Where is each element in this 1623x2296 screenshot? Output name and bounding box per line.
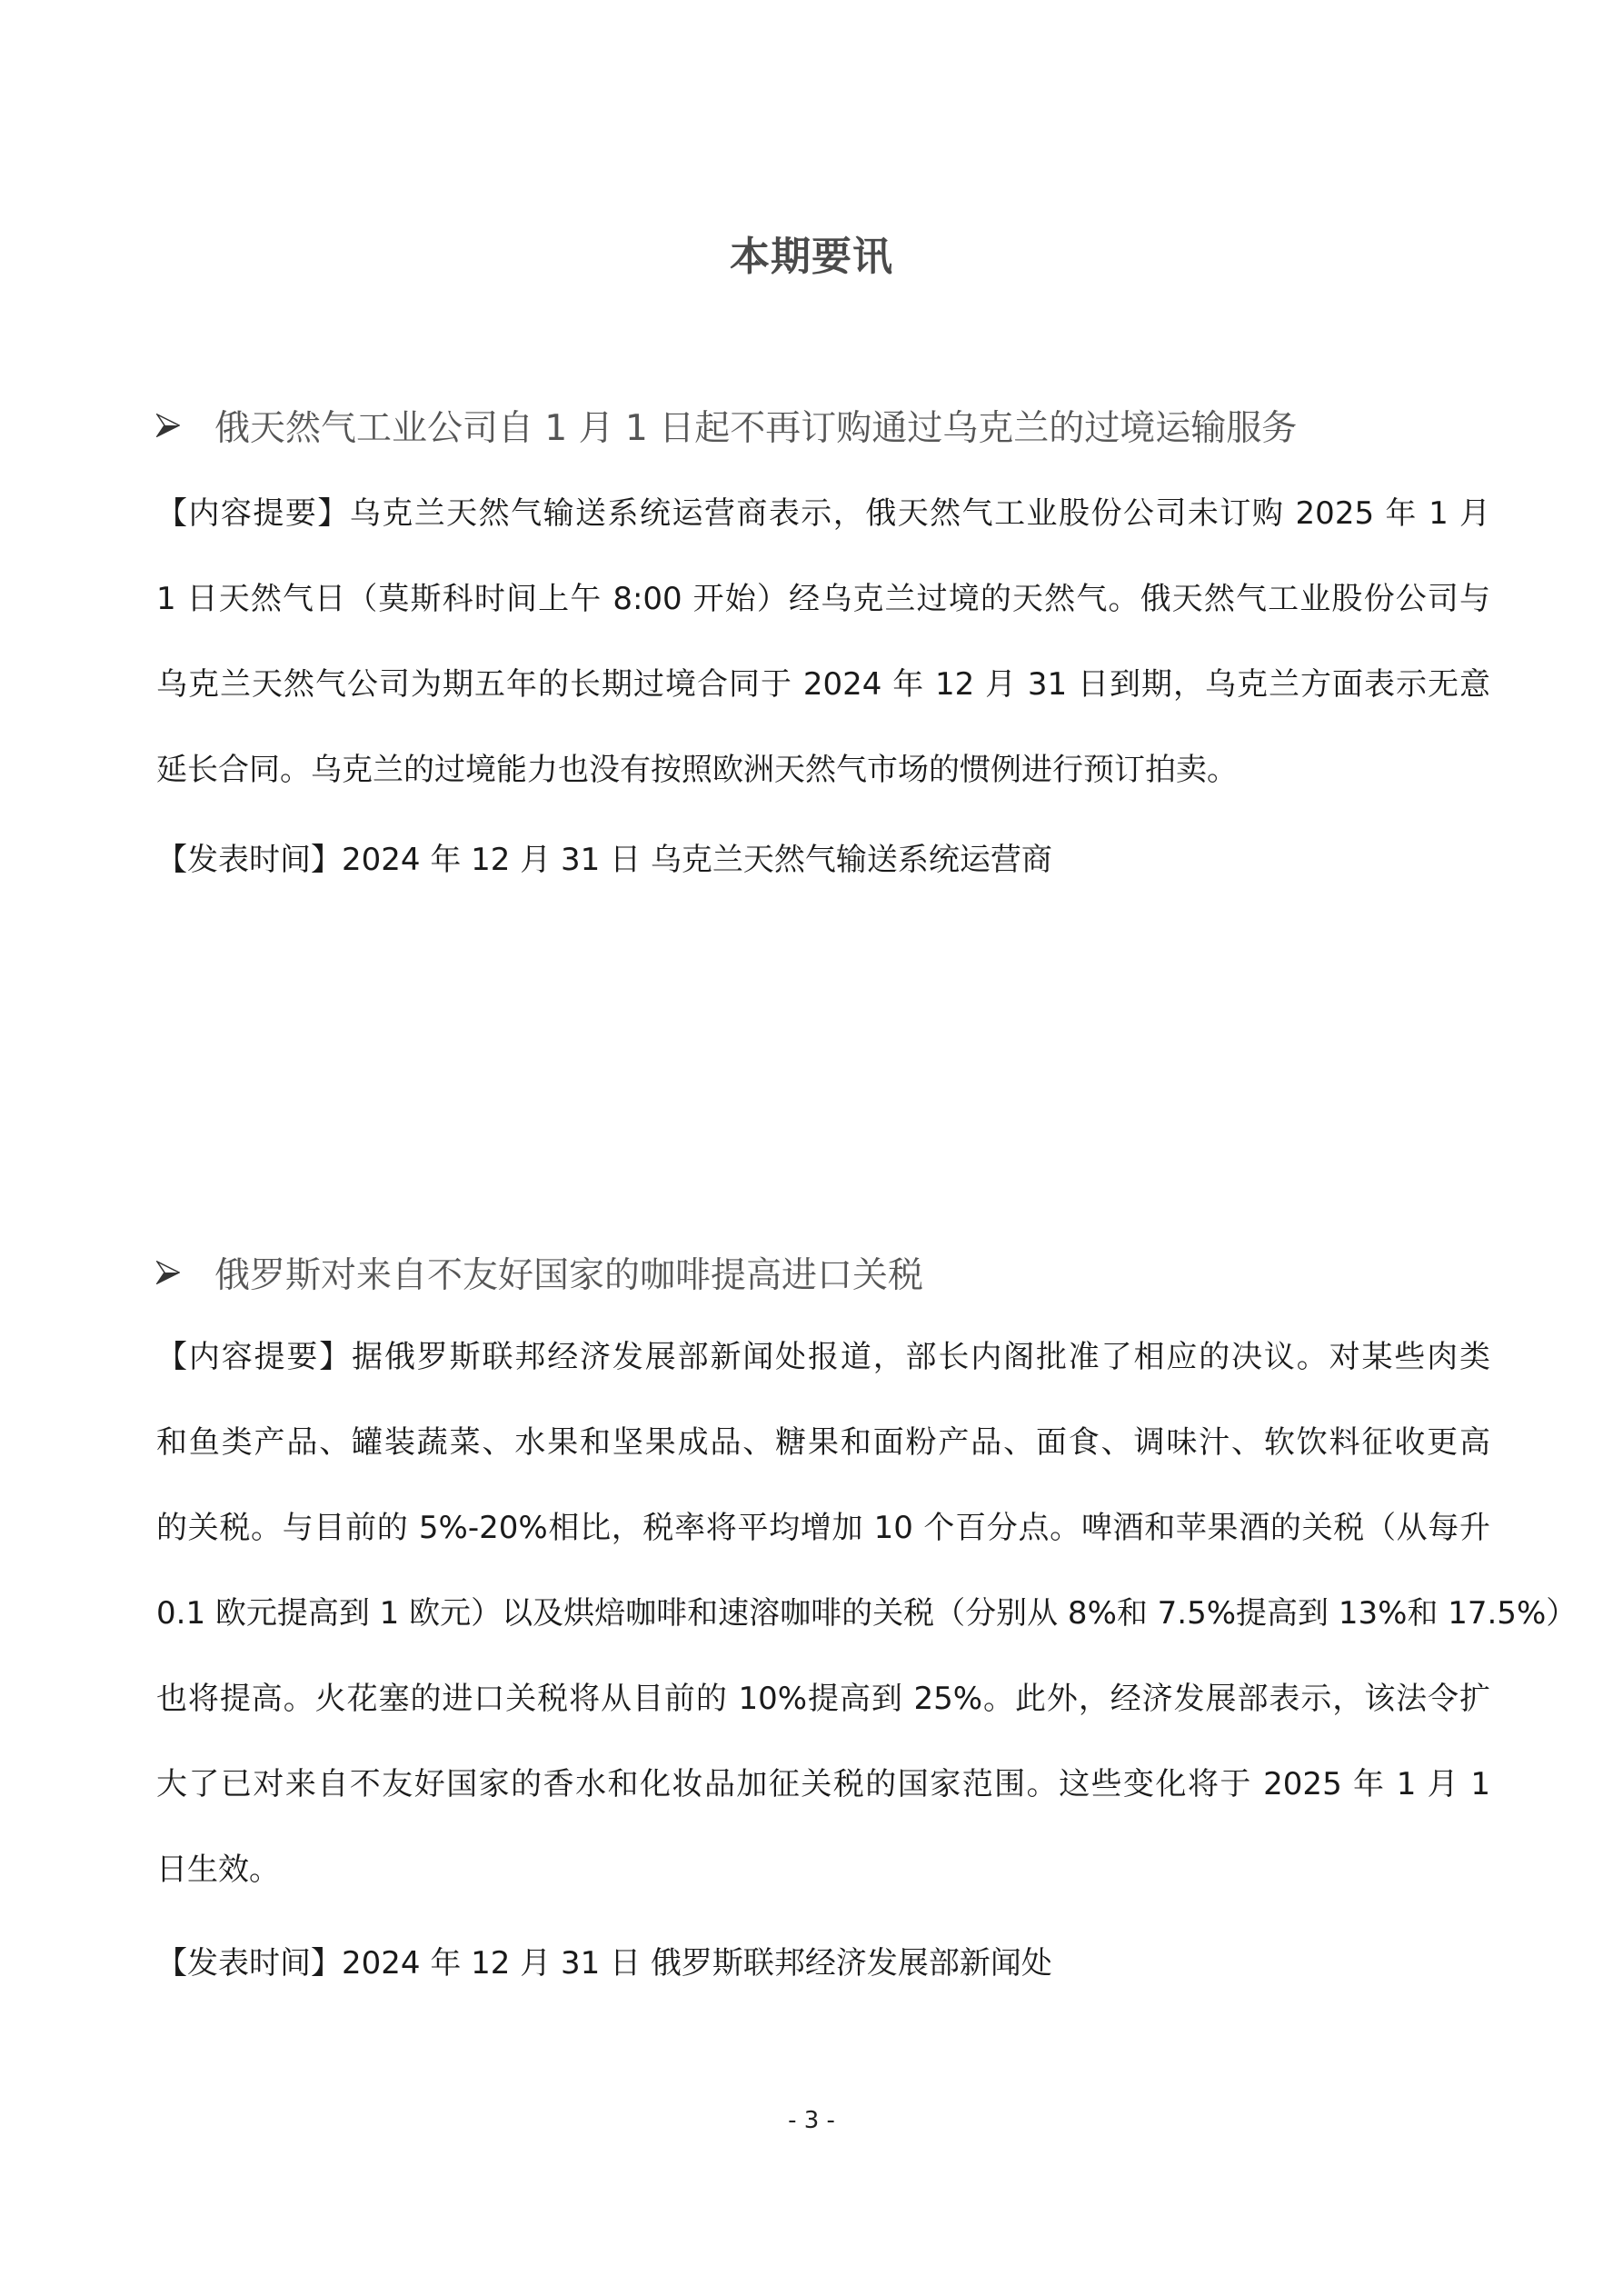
summary-line: 也将提高。火花塞的进口关税将从目前的 10%提高到 25%。此外，经济发展部表示…	[156, 1656, 1490, 1742]
summary-line: 【内容提要】据俄罗斯联邦经济发展部新闻处报道，部长内阁批准了相应的决议。对某些肉…	[156, 1314, 1490, 1400]
arrow-bullet-icon	[156, 1261, 180, 1284]
summary-line: 【内容提要】乌克兰天然气输送系统运营商表示，俄天然气工业股份公司未订购 2025…	[156, 471, 1490, 556]
arrow-bullet-icon	[156, 414, 180, 437]
article-2-headline: 俄罗斯对来自不友好国家的咖啡提高进口关税	[156, 1247, 923, 1298]
summary-line: 日生效。	[156, 1827, 1490, 1912]
summary-line: 1 日天然气日（莫斯科时间上午 8:00 开始）经乌克兰过境的天然气。俄天然气工…	[156, 556, 1490, 642]
article-1-published: 【发表时间】2024 年 12 月 31 日 乌克兰天然气输送系统运营商	[156, 834, 1052, 879]
article-1-summary: 【内容提要】乌克兰天然气输送系统运营商表示，俄天然气工业股份公司未订购 2025…	[156, 471, 1490, 813]
article-1-headline: 俄天然气工业公司自 1 月 1 日起不再订购通过乌克兰的过境运输服务	[156, 400, 1297, 451]
page-title: 本期要讯	[0, 224, 1623, 282]
headline-text: 俄罗斯对来自不友好国家的咖啡提高进口关税	[214, 1247, 923, 1298]
summary-line: 延长合同。乌克兰的过境能力也没有按照欧洲天然气市场的惯例进行预订拍卖。	[156, 727, 1490, 813]
page-number: - 3 -	[0, 2107, 1623, 2134]
summary-line: 0.1 欧元提高到 1 欧元）以及烘焙咖啡和速溶咖啡的关税（分别从 8%和 7.…	[156, 1571, 1490, 1656]
article-2-published: 【发表时间】2024 年 12 月 31 日 俄罗斯联邦经济发展部新闻处	[156, 1938, 1052, 1982]
summary-line: 乌克兰天然气公司为期五年的长期过境合同于 2024 年 12 月 31 日到期，…	[156, 642, 1490, 727]
article-2-summary: 【内容提要】据俄罗斯联邦经济发展部新闻处报道，部长内阁批准了相应的决议。对某些肉…	[156, 1314, 1490, 1912]
summary-line: 和鱼类产品、罐装蔬菜、水果和坚果成品、糖果和面粉产品、面食、调味汁、软饮料征收更…	[156, 1400, 1490, 1485]
summary-line: 的关税。与目前的 5%-20%相比，税率将平均增加 10 个百分点。啤酒和苹果酒…	[156, 1485, 1490, 1571]
headline-text: 俄天然气工业公司自 1 月 1 日起不再订购通过乌克兰的过境运输服务	[214, 400, 1297, 451]
summary-line: 大了已对来自不友好国家的香水和化妆品加征关税的国家范围。这些变化将于 2025 …	[156, 1742, 1490, 1827]
